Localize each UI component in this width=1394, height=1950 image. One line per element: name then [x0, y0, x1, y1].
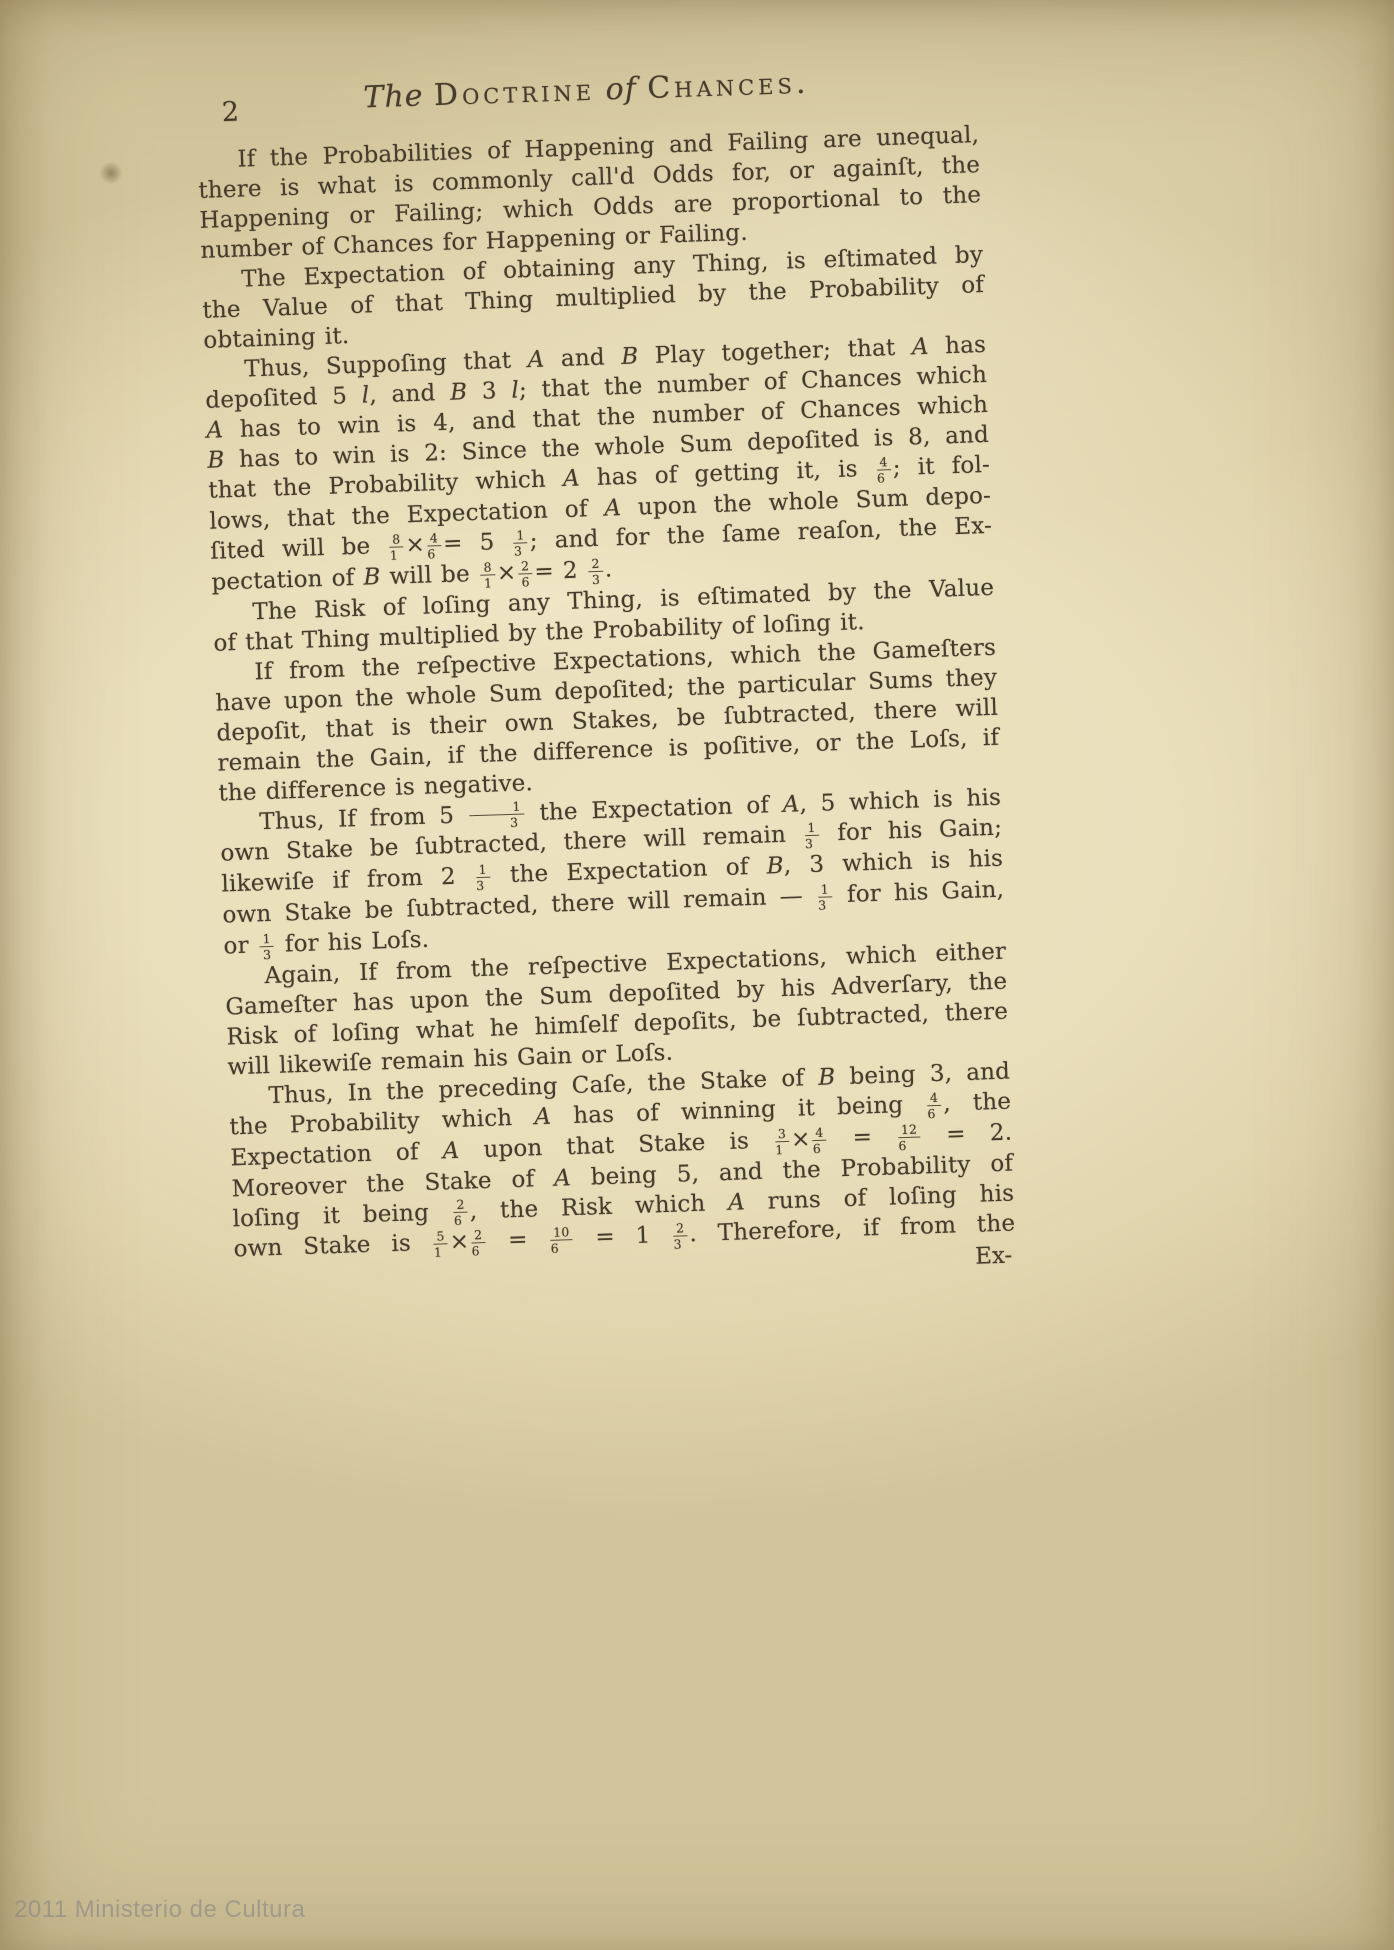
fraction: 23 [673, 1222, 688, 1252]
fraction: 31 [775, 1126, 790, 1156]
fraction: 13 [259, 932, 274, 962]
fraction: 46 [427, 531, 442, 561]
fraction: 23 [588, 556, 603, 586]
watermark: 2011 Ministerio de Cultura [14, 1896, 305, 1924]
scanned-page: 2 The Doctrine of Chances. If the Probab… [0, 0, 1394, 1950]
fraction: 13 [804, 821, 819, 851]
fraction: 46 [927, 1090, 942, 1120]
fraction: 26 [518, 559, 533, 589]
fraction: 106 [550, 1225, 573, 1255]
fraction: 126 [898, 1122, 921, 1152]
fraction: 13 [469, 800, 524, 831]
fraction: 26 [453, 1198, 468, 1228]
paper-stain [98, 162, 124, 184]
title-word-doctrine: Doctrine [433, 73, 595, 113]
page-text-block: 2 The Doctrine of Chances. If the Probab… [195, 60, 1017, 1295]
running-header: 2 The Doctrine of Chances. [195, 60, 978, 130]
fraction: 46 [812, 1125, 827, 1155]
catchword: Ex- [975, 1243, 1013, 1270]
page-number: 2 [221, 97, 239, 129]
fraction: 81 [480, 560, 495, 590]
fraction: 51 [433, 1230, 448, 1260]
fraction: 81 [389, 532, 404, 562]
title-word-the: The [363, 78, 424, 115]
fraction: 13 [475, 863, 490, 893]
fraction: 13 [817, 882, 832, 912]
page-title: The Doctrine of Chances. [195, 60, 978, 121]
title-word-of: of [605, 71, 637, 107]
body-text: If the Probabilities of Happening and Fa… [197, 120, 1016, 1266]
fraction: 26 [471, 1228, 486, 1258]
title-word-chances: Chances. [647, 66, 810, 106]
fraction: 13 [513, 528, 528, 558]
fraction: 46 [876, 455, 891, 485]
